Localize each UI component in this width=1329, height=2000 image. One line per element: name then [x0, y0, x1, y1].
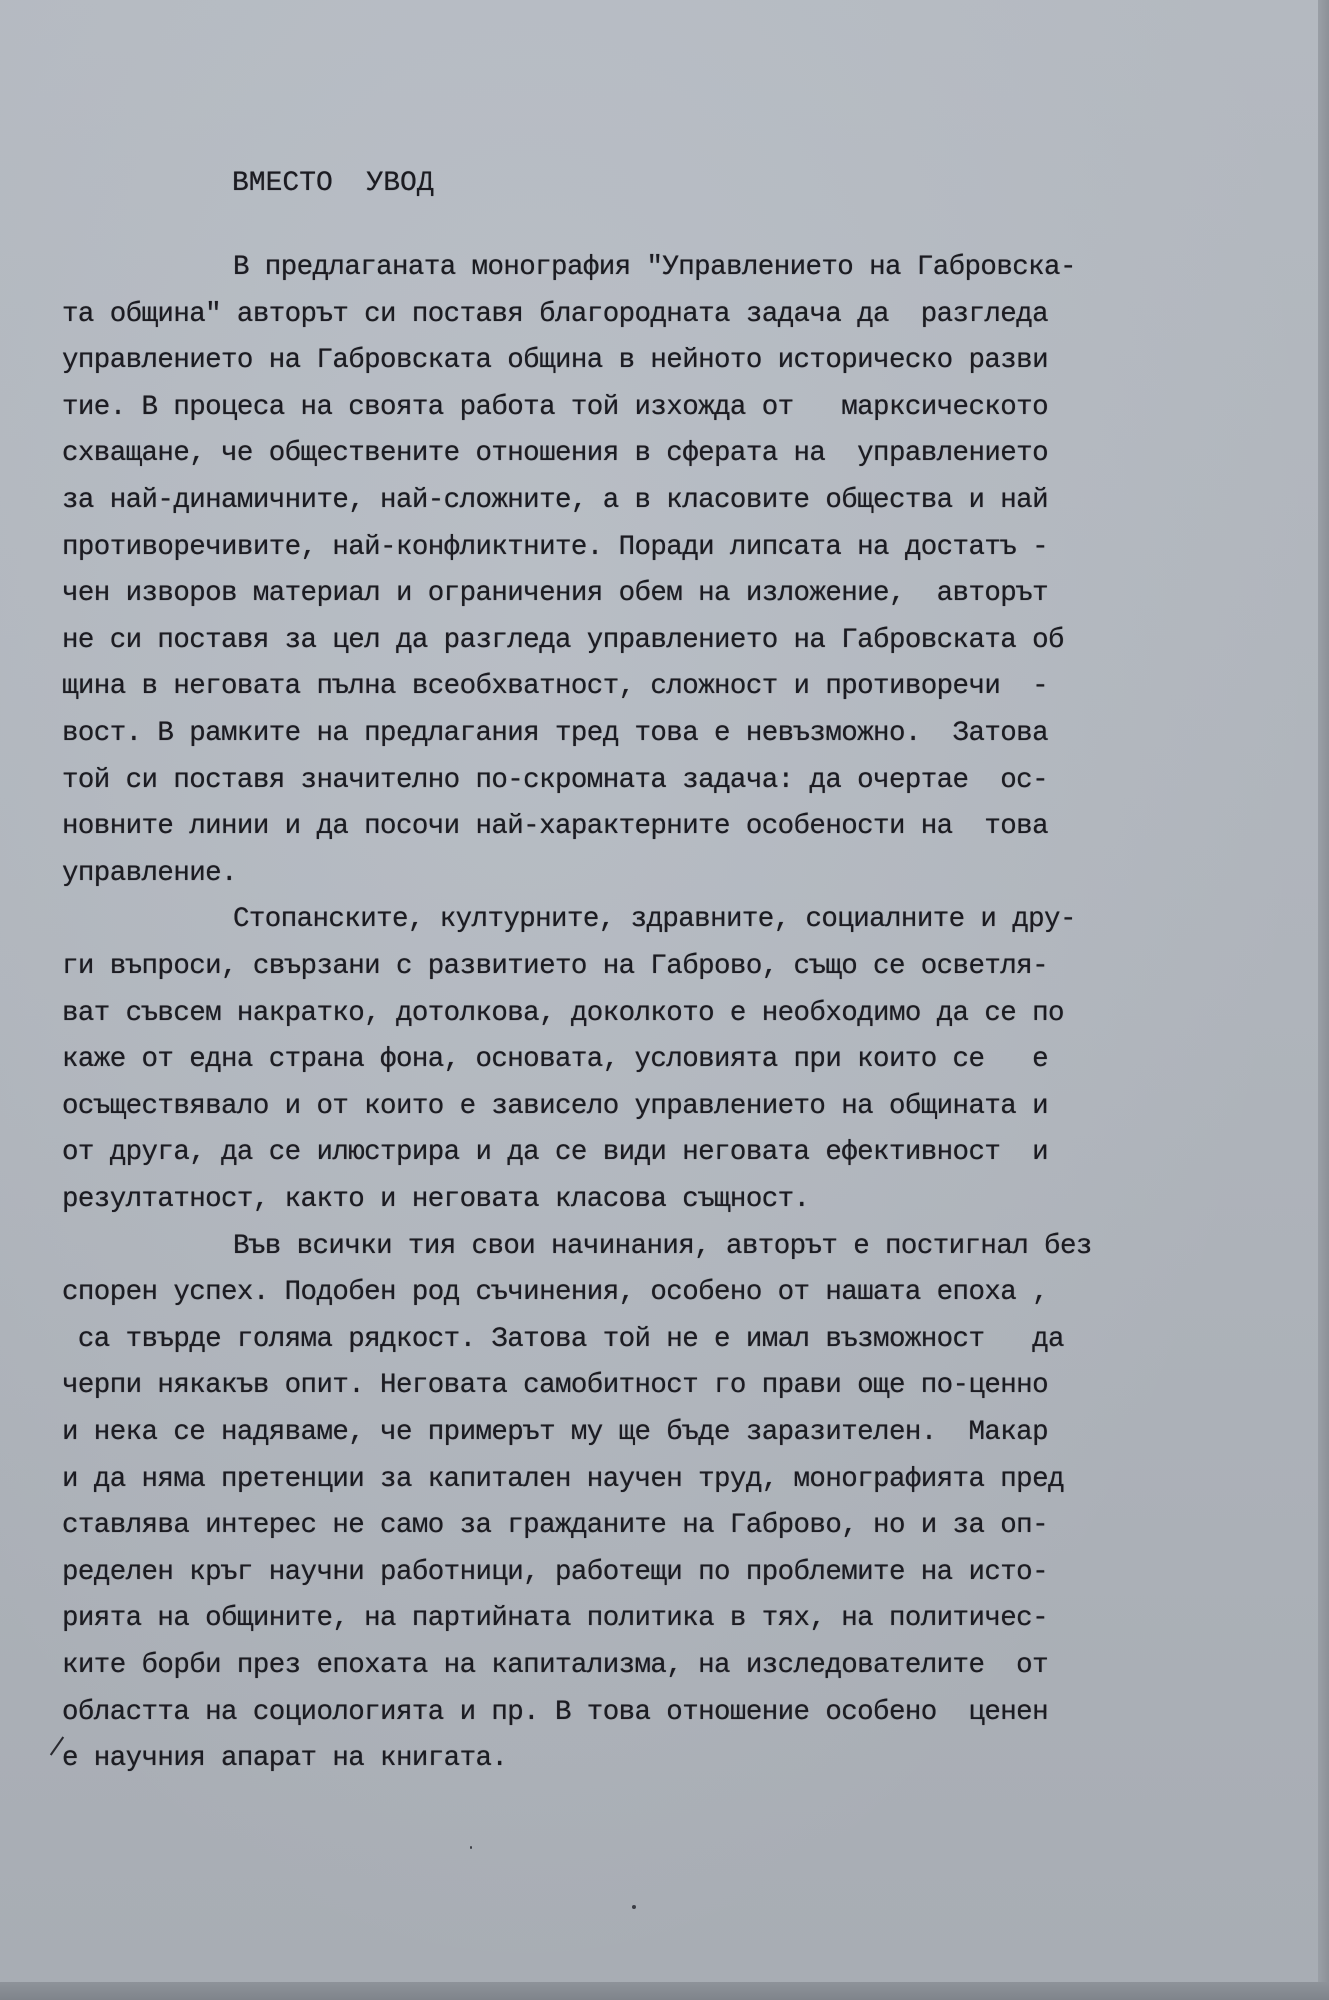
text-line: щина в неговата пълна всеобхватност, сло…: [62, 664, 1048, 710]
text-line: и нека се надяваме, че примерът му ще бъ…: [62, 1410, 1048, 1456]
text-line: та община" авторът си поставя благородна…: [62, 292, 1048, 338]
text-line: ките борби през епохата на капитализма, …: [62, 1643, 1048, 1689]
text-line: не си поставя за цел да разгледа управле…: [62, 618, 1064, 664]
text-line: вост. В рамките на предлагания тред това…: [62, 711, 1048, 757]
text-line: ги въпроси, свързани с развитието на Габ…: [62, 944, 1048, 990]
text-line: новните линии и да посочи най-характерни…: [62, 804, 1048, 850]
text-line: ват съвсем накратко, дотолкова, доколкот…: [62, 991, 1064, 1037]
text-line: Стопанските, културните, здравните, соци…: [62, 897, 1076, 943]
text-line: каже от една страна фона, основата, усло…: [62, 1037, 1048, 1083]
text-line: В предлаганата монография "Управлението …: [62, 245, 1076, 291]
text-line: Във всички тия свои начинания, авторът е…: [62, 1224, 1092, 1270]
text-line: за най-динамичните, най-сложните, а в кл…: [62, 478, 1048, 524]
text-line: той си поставя значително по-скромната з…: [62, 758, 1048, 804]
text-line: резултатност, както и неговата класова с…: [62, 1177, 809, 1223]
text-line: е научния апарат на книгата.: [62, 1736, 507, 1782]
text-line: областта на социологията и пр. В това от…: [62, 1690, 1048, 1736]
paper-speck: [632, 1905, 636, 1909]
text-line: са твърде голяма рядкост. Затова той не …: [62, 1317, 1064, 1363]
paper-speck: [470, 1846, 472, 1849]
text-line: тие. В процеса на своята работа той изхо…: [62, 385, 1048, 431]
text-line: и да няма претенции за капитален научен …: [62, 1457, 1064, 1503]
section-title: ВМЕСТО УВОД: [232, 168, 434, 199]
text-line: управлението на Габровската община в ней…: [62, 338, 1048, 384]
page-right-edge-shadow: [1318, 0, 1329, 2000]
text-line: черпи някакъв опит. Неговата самобитност…: [62, 1363, 1048, 1409]
text-line: противоречивите, най-конфликтните. Порад…: [62, 525, 1048, 571]
text-line: ставлява интерес не само за гражданите н…: [62, 1503, 1048, 1549]
text-line: осъществявало и от които е зависело упра…: [62, 1084, 1048, 1130]
text-line: спорен успех. Подобен род съчинения, осо…: [62, 1270, 1048, 1316]
page-bottom-edge-shadow: [0, 1982, 1329, 2000]
text-line: чен изворов материал и ограничения обем …: [62, 571, 1048, 617]
text-line: рията на общините, на партийната политик…: [62, 1596, 1048, 1642]
text-line: схващане, че обществените отношения в сф…: [62, 431, 1048, 477]
text-line: управление.: [62, 851, 237, 897]
text-line: ределен кръг научни работници, работещи …: [62, 1550, 1048, 1596]
text-line: от друга, да се илюстрира и да се види н…: [62, 1130, 1048, 1176]
